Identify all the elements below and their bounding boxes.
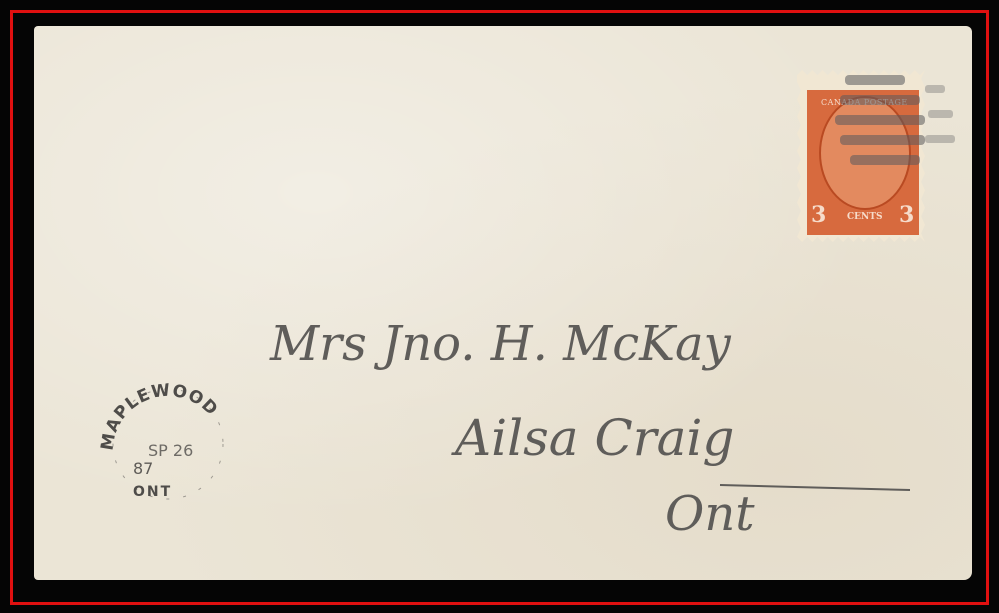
postmark-year: 87 [133,459,153,478]
postmark-date: SP 26 [148,441,193,460]
address-line-1: Mrs Jno. H. McKay [269,316,732,372]
handwritten-address: Mrs Jno. H. McKay Ailsa Craig Ont [265,265,925,555]
grid-cancel-mark [820,60,970,210]
maplewood-postmark: MAPLEWOOD SP 26 87 ONT [98,376,238,506]
address-line-3: Ont [665,486,755,542]
address-line-2: Ailsa Craig [451,409,734,467]
stamp-denomination: CENTS [847,212,882,222]
postmark-province: ONT [133,484,172,500]
